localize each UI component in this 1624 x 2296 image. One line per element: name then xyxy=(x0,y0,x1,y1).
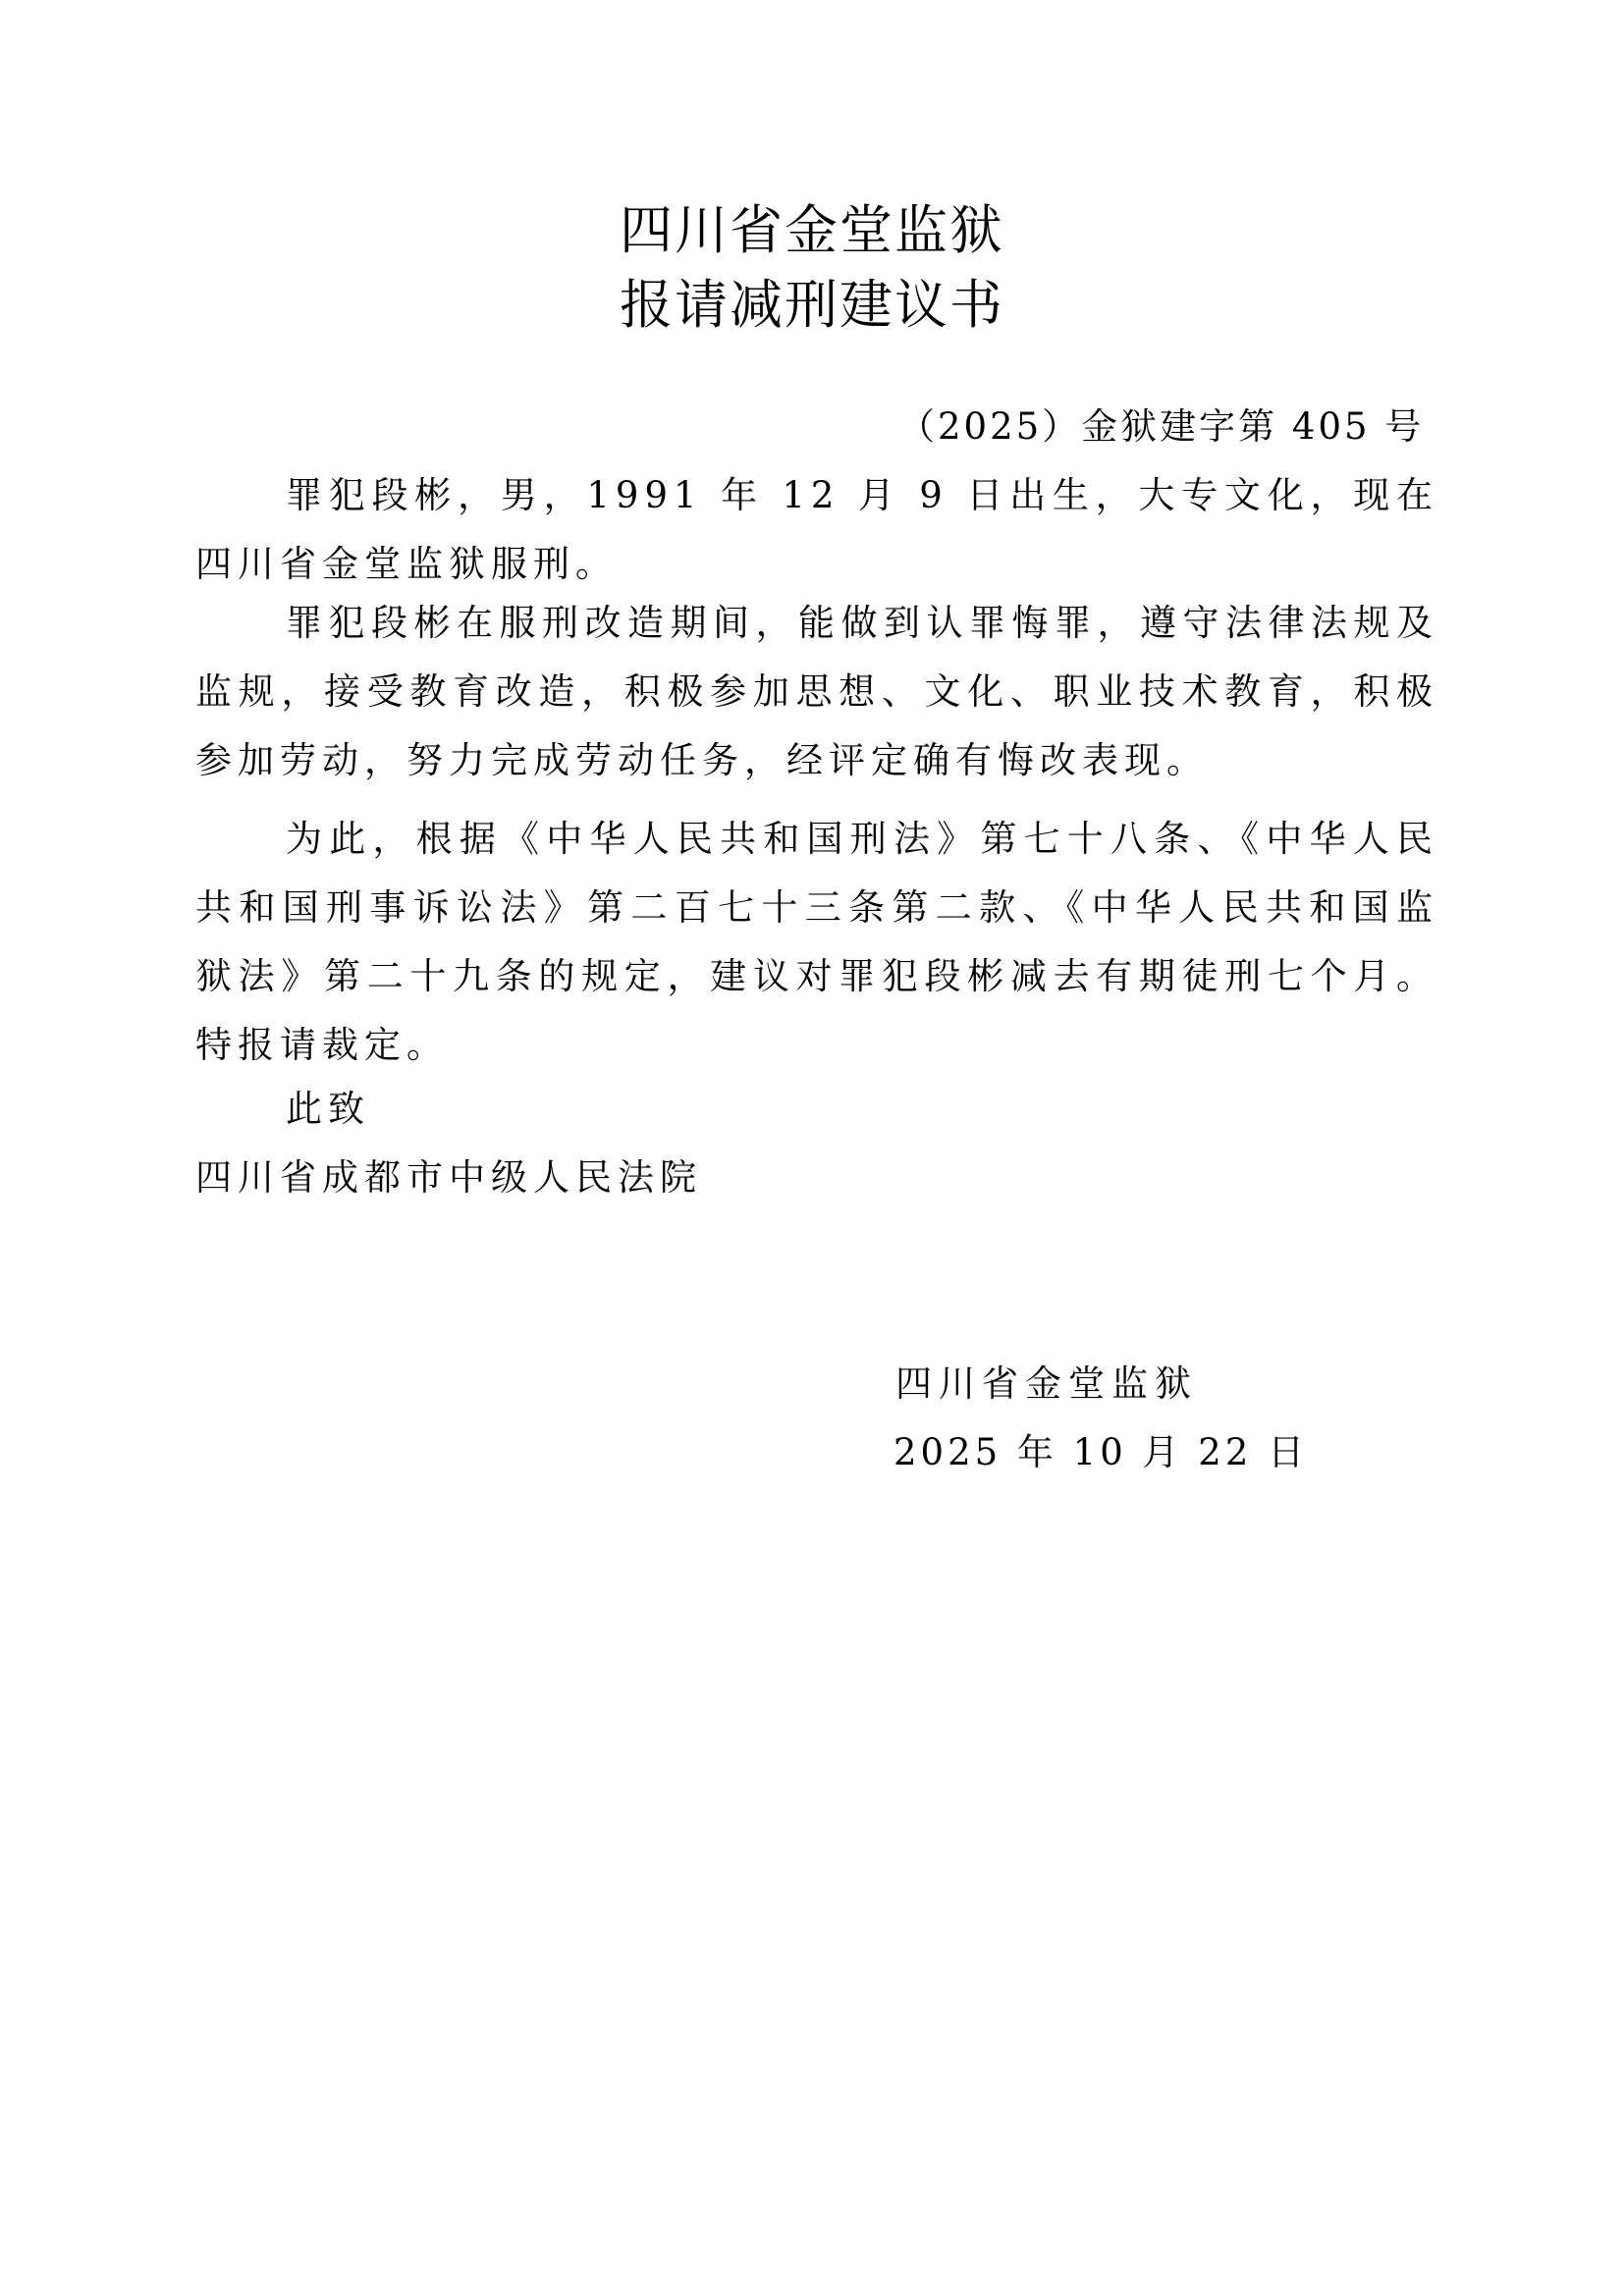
recipient-court: 四川省成都市中级人民法院 xyxy=(195,1153,702,1202)
salutation: 此致 xyxy=(286,1085,370,1134)
paragraph-personal-info: 罪犯段彬，男，1991 年 12 月 9 日出生，大专文化，现在四川省金堂监狱服… xyxy=(195,461,1438,599)
paragraph-recommendation: 为此，根据《中华人民共和国刑法》第七十八条、《中华人民共和国刑事诉讼法》第二百七… xyxy=(195,805,1438,1080)
document-title-org: 四川省金堂监狱 xyxy=(0,193,1624,268)
document-page: 四川省金堂监狱 报请减刑建议书 （2025）金狱建字第 405 号 罪犯段彬，男… xyxy=(0,0,1624,2296)
document-number: （2025）金狱建字第 405 号 xyxy=(898,402,1424,452)
paragraph-conduct: 罪犯段彬在服刑改造期间，能做到认罪悔罪，遵守法律法规及监规，接受教育改造，积极参… xyxy=(195,589,1438,795)
signature-organization: 四川省金堂监狱 xyxy=(895,1360,1198,1409)
signature-date: 2025 年 10 月 22 日 xyxy=(893,1428,1308,1477)
document-title-type: 报请减刑建议书 xyxy=(0,268,1624,343)
